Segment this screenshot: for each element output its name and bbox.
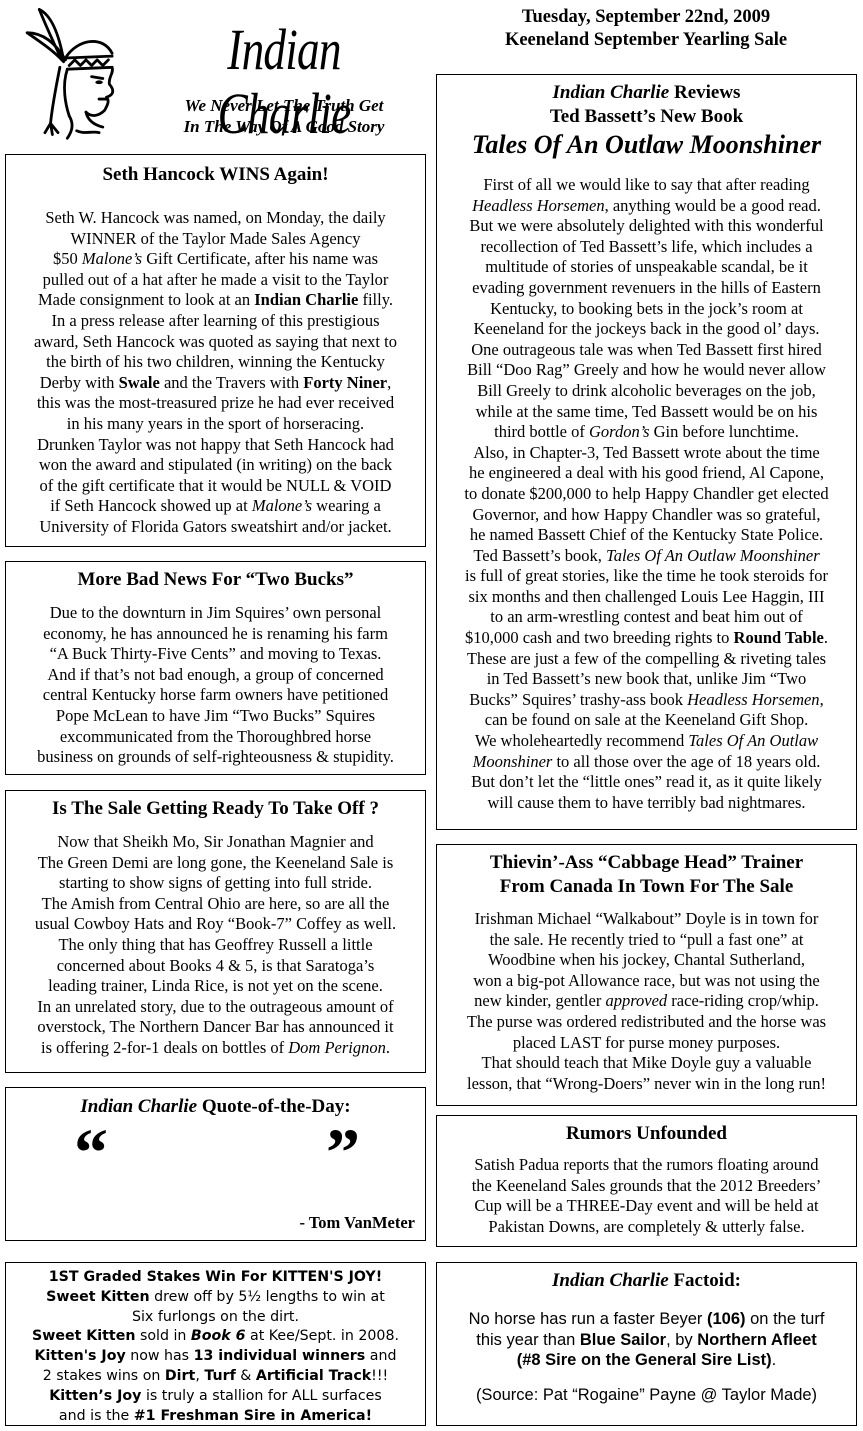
- text-line: the Keeneland Sales grounds that the 201…: [437, 1176, 856, 1197]
- text-line: No horse has run a faster Beyer (106) on…: [437, 1309, 856, 1330]
- text-line: Derby with Swale and the Travers with Fo…: [6, 373, 425, 394]
- factoid-headline: Indian Charlie Factoid:: [437, 1269, 856, 1293]
- text-line: Due to the downturn in Jim Squires’ own …: [6, 603, 425, 624]
- text-line: Kentucky, to booking bets in the jock’s …: [437, 299, 856, 320]
- text-line: excommunicated from the Thoroughbred hor…: [6, 727, 425, 748]
- text-line: But don’t let the “little ones” read it,…: [437, 772, 856, 793]
- text-line: the birth of his two children, winning t…: [6, 352, 425, 373]
- article-headline-line-2: From Canada In Town For The Sale: [437, 875, 856, 899]
- text-line: multitude of stories of unspeakable scan…: [437, 257, 856, 278]
- article-body: First of all we would like to say that a…: [437, 175, 856, 813]
- text-line: Bucks” Squires’ trashy-ass book Headless…: [437, 690, 856, 711]
- article-headline: Seth Hancock WINS Again!: [6, 163, 425, 187]
- text-line: In an unrelated story, due to the outrag…: [6, 997, 425, 1018]
- text-line: to an arm-wrestling contest and beat him…: [437, 607, 856, 628]
- text-line: Sweet Kitten sold in Book 6 at Kee/Sept.…: [6, 1327, 425, 1347]
- text-line: These are just a few of the compelling &…: [437, 649, 856, 670]
- text-line: leading trainer, Linda Rice, is not yet …: [6, 976, 425, 997]
- text-line: Also, in Chapter-3, Ted Bassett wrote ab…: [437, 443, 856, 464]
- text-line: new kinder, gentler approved race-riding…: [437, 991, 856, 1012]
- text-line: Moonshiner to all those over the age of …: [437, 752, 856, 773]
- text-line: Six furlongs on the dirt.: [6, 1308, 425, 1328]
- factoid-body: No horse has run a faster Beyer (106) on…: [437, 1309, 856, 1371]
- text-line: usual Cowboy Hats and Roy “Book-7” Coffe…: [6, 914, 425, 935]
- article-body: Due to the downturn in Jim Squires’ own …: [6, 603, 425, 768]
- text-line: recollection of Ted Bassett’s life, whic…: [437, 237, 856, 258]
- text-line: business on grounds of self-righteousnes…: [6, 747, 425, 768]
- text-line: is full of great stories, like the time …: [437, 566, 856, 587]
- text-line: That should teach that Mike Doyle guy a …: [437, 1053, 856, 1074]
- text-line: can be found on sale at the Keeneland Gi…: [437, 710, 856, 731]
- text-line: Woodbine when his jockey, Chantal Suther…: [437, 950, 856, 971]
- text-line: Pakistan Downs, are completely & utterly…: [437, 1217, 856, 1238]
- text-line: Pope McLean to have Jim “Two Bucks” Squi…: [6, 706, 425, 727]
- text-line: Cup will be a THREE-Day event and will b…: [437, 1196, 856, 1217]
- text-line: Keeneland for the jockeys back in the go…: [437, 319, 856, 340]
- text-line: One outrageous tale was when Ted Bassett…: [437, 340, 856, 361]
- quote-headline: Indian Charlie Quote-of-the-Day:: [6, 1095, 425, 1119]
- text-line: this year than Blue Sailor, by Northern …: [437, 1330, 856, 1351]
- text-line: Drunken Taylor was not happy that Seth H…: [6, 435, 425, 456]
- text-line: The Green Demi are long gone, the Keenel…: [6, 853, 425, 874]
- article-book-review: Indian Charlie Reviews Ted Bassett’s New…: [436, 74, 857, 830]
- text-line: the sale. He recently tried to “pull a f…: [437, 930, 856, 951]
- text-line: while at the same time, Ted Bassett woul…: [437, 402, 856, 423]
- text-line: 2 stakes wins on Dirt, Turf & Artificial…: [6, 1367, 425, 1387]
- quote-author: - Tom VanMeter: [300, 1213, 416, 1233]
- text-line: Seth W. Hancock was named, on Monday, th…: [6, 208, 425, 229]
- brand-name: Indian Charlie: [552, 1270, 669, 1291]
- factoid-box: Indian Charlie Factoid: No horse has run…: [436, 1262, 857, 1426]
- article-body: Now that Sheikh Mo, Sir Jonathan Magnier…: [6, 832, 425, 1059]
- tagline-line-2: In The Way Of A Good Story: [150, 116, 418, 137]
- text-line: But we were absolutely delighted with th…: [437, 216, 856, 237]
- text-line: if Seth Hancock showed up at Malone’s we…: [6, 496, 425, 517]
- text-line: and is the #1 Freshman Sire in America!: [6, 1407, 425, 1427]
- indian-head-logo-icon: [2, 2, 142, 142]
- ad-kittens-joy: 1ST Graded Stakes Win For KITTEN'S JOY!S…: [5, 1262, 426, 1426]
- text-line: this was the most-treasured prize he had…: [6, 393, 425, 414]
- text-line: of the gift certificate that it would be…: [6, 476, 425, 497]
- text-line: lesson, that “Wrong-Doers” never win in …: [437, 1074, 856, 1095]
- text-line: pulled out of a hat after he made a visi…: [6, 270, 425, 291]
- text-line: WINNER of the Taylor Made Sales Agency: [6, 229, 425, 250]
- text-line: central Kentucky horse farm owners have …: [6, 685, 425, 706]
- text-line: The only thing that has Geoffrey Russell…: [6, 935, 425, 956]
- text-line: Governor, and how Happy Chandler was so …: [437, 505, 856, 526]
- article-body: Satish Padua reports that the rumors flo…: [437, 1155, 856, 1237]
- book-title: Tales Of An Outlaw Moonshiner: [437, 129, 856, 161]
- text-line: Kitten’s Joy is truly a stallion for ALL…: [6, 1387, 425, 1407]
- text-line: Irishman Michael “Walkabout” Doyle is in…: [437, 909, 856, 930]
- text-line: will cause them to have terribly bad nig…: [437, 793, 856, 814]
- text-line: in his many years in the sport of horser…: [6, 414, 425, 435]
- text-line: Kitten's Joy now has 13 individual winne…: [6, 1347, 425, 1367]
- text-line: third bottle of Gordon’s Gin before lunc…: [437, 422, 856, 443]
- text-line: And if that’s not bad enough, a group of…: [6, 665, 425, 686]
- text-line: Sweet Kitten drew off by 5½ lengths to w…: [6, 1288, 425, 1308]
- close-quote-mark: ”: [326, 1118, 360, 1186]
- text-line: award, Seth Hancock was quoted as saying…: [6, 332, 425, 353]
- article-two-bucks: More Bad News For “Two Bucks” Due to the…: [5, 561, 426, 775]
- text-line: “A Buck Thirty-Five Cents” and moving to…: [6, 644, 425, 665]
- open-quote-mark: “: [74, 1118, 108, 1186]
- article-rumors-unfounded: Rumors Unfounded Satish Padua reports th…: [436, 1115, 857, 1247]
- article-sale-take-off: Is The Sale Getting Ready To Take Off ? …: [5, 790, 426, 1073]
- ad-body: 1ST Graded Stakes Win For KITTEN'S JOY!S…: [6, 1268, 425, 1426]
- text-line: 1ST Graded Stakes Win For KITTEN'S JOY!: [6, 1268, 425, 1288]
- text-line: The Amish from Central Ohio are here, so…: [6, 894, 425, 915]
- text-line: six months and then challenged Louis Lee…: [437, 587, 856, 608]
- brand-name: Indian Charlie: [553, 82, 670, 103]
- article-cabbage-head-trainer: Thievin’-Ass “Cabbage Head” Trainer From…: [436, 844, 857, 1106]
- text-line: won a big-pot Allowance race, but was no…: [437, 971, 856, 992]
- text-line: University of Florida Gators sweatshirt …: [6, 517, 425, 538]
- text-line: overstock, The Northern Dancer Bar has a…: [6, 1017, 425, 1038]
- text-line: economy, he has announced he is renaming…: [6, 624, 425, 645]
- text-line: Now that Sheikh Mo, Sir Jonathan Magnier…: [6, 832, 425, 853]
- text-line: to donate $200,000 to help Happy Chandle…: [437, 484, 856, 505]
- text-line: Bill Greely to drink alcoholic beverages…: [437, 381, 856, 402]
- text-line: Made consignment to look at an Indian Ch…: [6, 290, 425, 311]
- text-line: Satish Padua reports that the rumors flo…: [437, 1155, 856, 1176]
- text-line: $10,000 cash and two breeding rights to …: [437, 628, 856, 649]
- text-line: evading government revenuers in the hill…: [437, 278, 856, 299]
- article-body: Seth W. Hancock was named, on Monday, th…: [6, 208, 425, 538]
- review-headline-line-1: Indian Charlie Reviews: [437, 81, 856, 105]
- issue-dateline: Tuesday, September 22nd, 2009 Keeneland …: [436, 6, 856, 52]
- masthead-tagline: We Never Let The Truth Get In The Way Of…: [150, 95, 418, 137]
- text-line: placed LAST for purse money purposes.: [437, 1033, 856, 1054]
- text-line: concerned about Books 4 & 5, is that Sar…: [6, 956, 425, 977]
- article-headline-line-1: Thievin’-Ass “Cabbage Head” Trainer: [437, 851, 856, 875]
- issue-date: Tuesday, September 22nd, 2009: [436, 6, 856, 29]
- review-headline-line-2: Ted Bassett’s New Book: [437, 105, 856, 129]
- text-line: in Ted Bassett’s new book that, unlike J…: [437, 669, 856, 690]
- text-line: First of all we would like to say that a…: [437, 175, 856, 196]
- factoid-source: (Source: Pat “Rogaine” Payne @ Taylor Ma…: [437, 1385, 856, 1405]
- article-headline: Is The Sale Getting Ready To Take Off ?: [6, 797, 425, 821]
- text-line: (#8 Sire on the General Sire List).: [437, 1350, 856, 1371]
- article-headline: Rumors Unfounded: [437, 1122, 856, 1146]
- text-line: In a press release after learning of thi…: [6, 311, 425, 332]
- text-line: starting to show signs of getting into f…: [6, 873, 425, 894]
- article-headline: More Bad News For “Two Bucks”: [6, 568, 425, 592]
- text-line: The purse was ordered redistributed and …: [437, 1012, 856, 1033]
- article-body: Irishman Michael “Walkabout” Doyle is in…: [437, 909, 856, 1094]
- quote-of-the-day: Indian Charlie Quote-of-the-Day: “ ” - T…: [5, 1087, 426, 1241]
- text-line: We wholeheartedly recommend Tales Of An …: [437, 731, 856, 752]
- text-line: won the award and stipulated (in writing…: [6, 455, 425, 476]
- tagline-line-1: We Never Let The Truth Get: [150, 95, 418, 116]
- text-line: he named Bassett Chief of the Kentucky S…: [437, 525, 856, 546]
- text-line: $50 Malone’s Gift Certificate, after his…: [6, 249, 425, 270]
- event-name: Keeneland September Yearling Sale: [436, 29, 856, 52]
- text-line: Headless Horsemen, anything would be a g…: [437, 196, 856, 217]
- text-line: Ted Bassett’s book, Tales Of An Outlaw M…: [437, 546, 856, 567]
- article-seth-hancock: Seth Hancock WINS Again! Seth W. Hancock…: [5, 154, 426, 547]
- text-line: Bill “Doo Rag” Greely and how he would n…: [437, 360, 856, 381]
- text-line: he engineered a deal with his good frien…: [437, 463, 856, 484]
- text-line: is offering 2-for-1 deals on bottles of …: [6, 1038, 425, 1059]
